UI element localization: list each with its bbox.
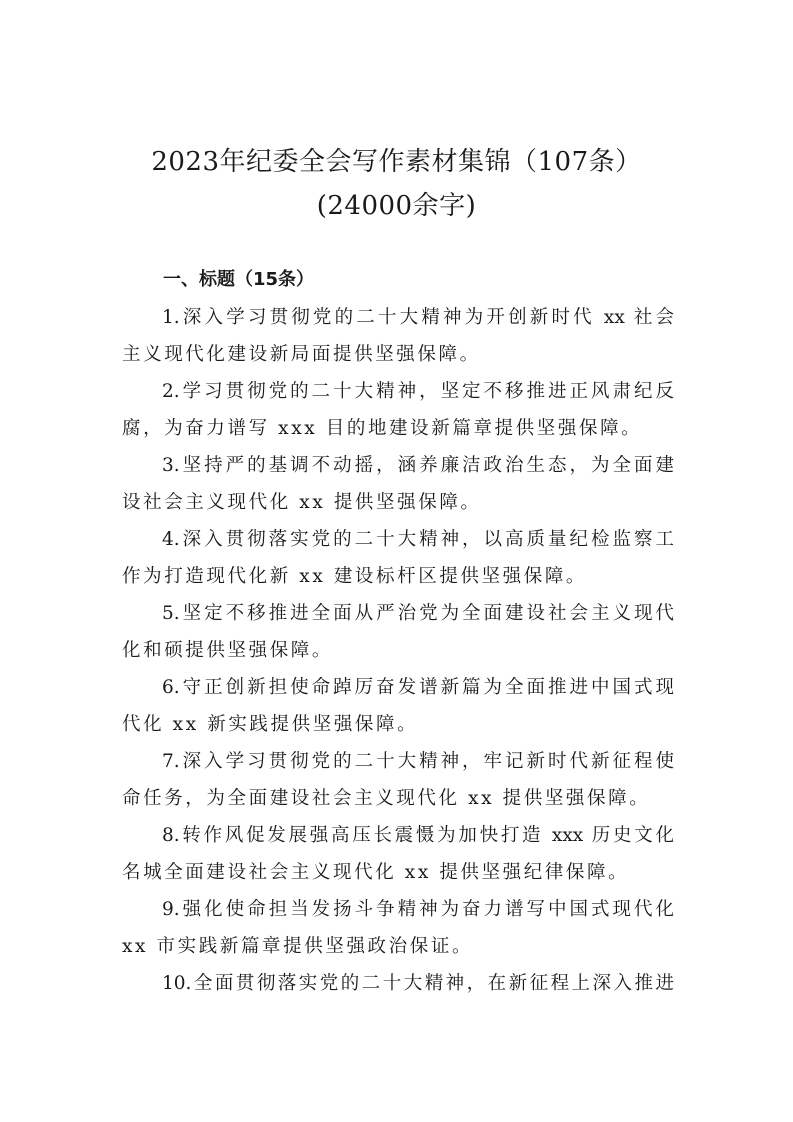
list-item-9: 9.强化使命担当发扬斗争精神为奋力谱写中国式现代化 xx 市实践新篇章提供坚强政… <box>122 891 674 965</box>
list-item-5: 5.坚定不移推进全面从严治党为全面建设社会主义现代 化和硕提供坚强保障。 <box>122 595 674 669</box>
list-item-8: 8.转作风促发展强高压长震慑为加快打造 xxx 历史文化 名城全面建设社会主义现… <box>122 817 674 891</box>
list-item-3: 3.坚持严的基调不动摇，涵养廉洁政治生态，为全面建 设社会主义现代化 xx 提供… <box>122 447 674 521</box>
list-item-line: 9.强化使命担当发扬斗争精神为奋力谱写中国式现代化 <box>122 891 674 928</box>
list-item-6: 6.守正创新担使命踔厉奋发谱新篇为全面推进中国式现 代化 xx 新实践提供坚强保… <box>122 669 674 743</box>
document-title: 2023年纪委全会写作素材集锦（107条） <box>0 140 793 184</box>
list-item-2: 2.学习贯彻党的二十大精神，坚定不移推进正风肃纪反 腐，为奋力谱写 xxx 目的… <box>122 373 674 447</box>
list-item-line: 2.学习贯彻党的二十大精神，坚定不移推进正风肃纪反 <box>122 373 674 410</box>
list-item-10: 10.全面贯彻落实党的二十大精神，在新征程上深入推进 <box>122 965 674 1002</box>
list-item-line: 命任务，为全面建设社会主义现代化 xx 提供坚强保障。 <box>122 780 674 817</box>
section-heading: 一、标题（15条） <box>163 266 314 294</box>
list-item-7: 7.深入学习贯彻党的二十大精神，牢记新时代新征程使 命任务，为全面建设社会主义现… <box>122 743 674 817</box>
title-list: 1.深入学习贯彻党的二十大精神为开创新时代 xx 社会 主义现代化建设新局面提供… <box>122 299 674 1002</box>
list-item-line: 5.坚定不移推进全面从严治党为全面建设社会主义现代 <box>122 595 674 632</box>
list-item-line: 7.深入学习贯彻党的二十大精神，牢记新时代新征程使 <box>122 743 674 780</box>
list-item-line: 代化 xx 新实践提供坚强保障。 <box>122 706 674 743</box>
list-item-line: 主义现代化建设新局面提供坚强保障。 <box>122 336 674 373</box>
list-item-line: 4.深入贯彻落实党的二十大精神，以高质量纪检监察工 <box>122 521 674 558</box>
list-item-line: 作为打造现代化新 xx 建设标杆区提供坚强保障。 <box>122 558 674 595</box>
list-item-line: 1.深入学习贯彻党的二十大精神为开创新时代 xx 社会 <box>122 299 674 336</box>
list-item-line: 10.全面贯彻落实党的二十大精神，在新征程上深入推进 <box>122 965 674 1002</box>
document-subtitle: (24000余字) <box>0 184 793 228</box>
list-item-line: xx 市实践新篇章提供坚强政治保证。 <box>122 928 674 965</box>
list-item-4: 4.深入贯彻落实党的二十大精神，以高质量纪检监察工 作为打造现代化新 xx 建设… <box>122 521 674 595</box>
list-item-1: 1.深入学习贯彻党的二十大精神为开创新时代 xx 社会 主义现代化建设新局面提供… <box>122 299 674 373</box>
list-item-line: 设社会主义现代化 xx 提供坚强保障。 <box>122 484 674 521</box>
list-item-line: 8.转作风促发展强高压长震慑为加快打造 xxx 历史文化 <box>122 817 674 854</box>
list-item-line: 名城全面建设社会主义现代化 xx 提供坚强纪律保障。 <box>122 854 674 891</box>
list-item-line: 6.守正创新担使命踔厉奋发谱新篇为全面推进中国式现 <box>122 669 674 706</box>
list-item-line: 腐，为奋力谱写 xxx 目的地建设新篇章提供坚强保障。 <box>122 410 674 447</box>
list-item-line: 3.坚持严的基调不动摇，涵养廉洁政治生态，为全面建 <box>122 447 674 484</box>
list-item-line: 化和硕提供坚强保障。 <box>122 632 674 669</box>
document-page: 2023年纪委全会写作素材集锦（107条） (24000余字) 一、标题（15条… <box>0 0 793 1122</box>
